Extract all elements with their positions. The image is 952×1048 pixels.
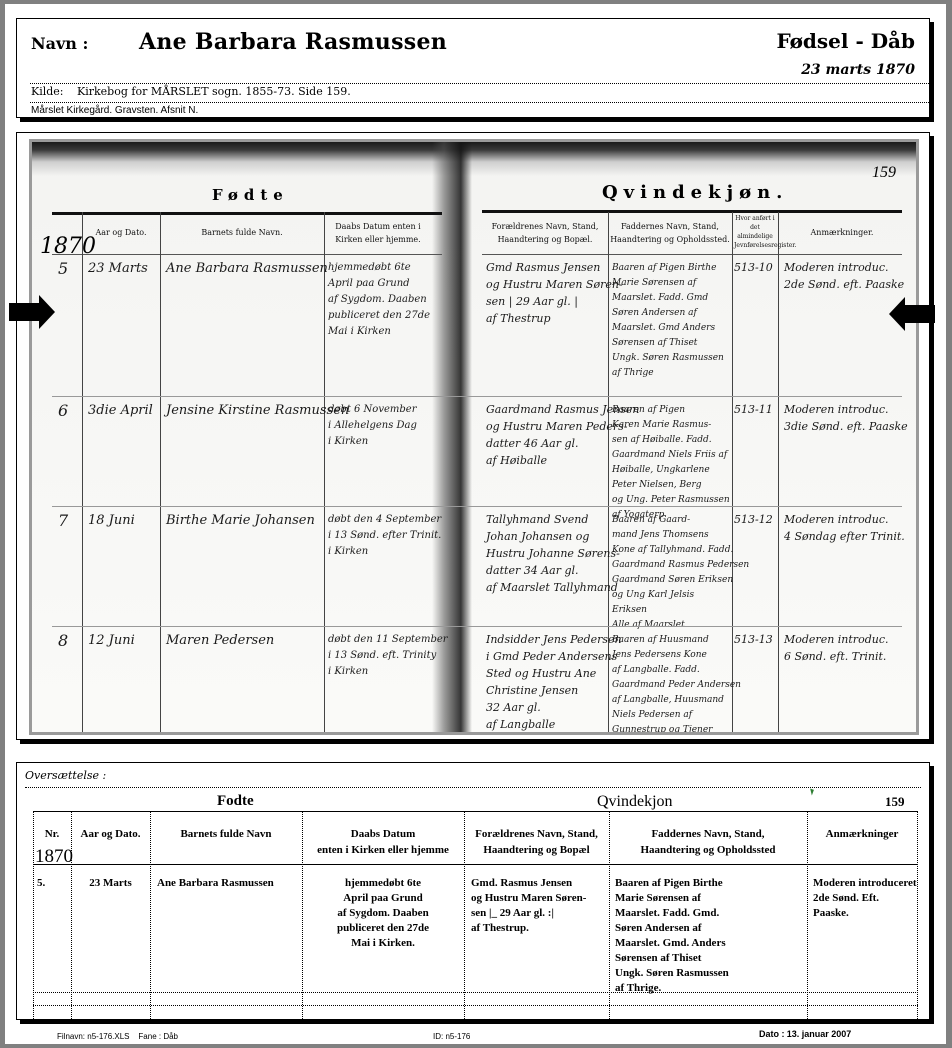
scan-col-header: Hvor anført i det almindelige Jevnførels… — [734, 214, 776, 250]
cell-baptism: hjemmedøbt 6teApril paa Grundaf Sygdom. … — [302, 876, 464, 951]
cell-line: sen |_ 29 Aar gl. :| — [471, 906, 609, 921]
scan-page-number: 159 — [872, 164, 896, 182]
handwritten-text: Moderen introduc. — [784, 402, 888, 418]
scan-col-header: Forældrenes Navn, Stand, Haandtering og … — [484, 220, 606, 246]
handwritten-text: Kone af Tallyhmand. Fadd. — [612, 542, 733, 558]
handwritten-text: 513-10 — [734, 260, 773, 276]
cell-line: af Thrige. — [615, 981, 807, 996]
col-header-parents: Forældrenes Navn, Stand, Haandtering og … — [464, 826, 609, 858]
header-line: Forældrenes Navn, Stand, — [464, 826, 609, 842]
handwritten-text: 2de Sønd. eft. Paaske — [784, 277, 904, 293]
handwritten-text: af Thestrup — [486, 311, 551, 327]
church-book-scan: Fødte Qvindekjøn. 159 1870 Aar og Dato. … — [16, 132, 930, 740]
cell-line: af Sygdom. Daaben — [302, 906, 464, 921]
handwritten-text: Høiballe, Ungkarlene — [612, 462, 710, 478]
cell-line: Moderen introduceret — [813, 876, 917, 891]
handwritten-text: Søren Andersen af — [612, 305, 697, 321]
handwritten-text: 3die April — [88, 402, 153, 420]
handwritten-text: i Kirken — [328, 544, 368, 560]
col-header-date: Aar og Dato. — [71, 826, 150, 842]
arrow-right-icon — [9, 295, 55, 329]
handwritten-text: Marie Sørensen af — [612, 275, 696, 291]
handwritten-text: Christine Jensen — [486, 683, 578, 699]
id-value: n5-176 — [445, 1032, 470, 1041]
handwritten-text: Maarslet. Fadd. Gmd — [612, 290, 708, 306]
cell-line: af Thestrup. — [471, 921, 609, 936]
col-header-baptism: Daabs Datum enten i Kirken eller hjemme — [302, 826, 464, 858]
handwritten-text: 7 — [58, 512, 68, 530]
sheet-value: Dåb — [163, 1032, 178, 1041]
handwritten-text: 6 — [58, 402, 68, 420]
cell-line: Søren Andersen af — [615, 921, 807, 936]
col-header-nr: Nr. — [35, 826, 69, 842]
section-right-title: Qvindekjon — [597, 793, 673, 811]
col-header-name: Barnets fulde Navn — [150, 826, 302, 842]
header-line: enten i Kirken eller hjemme — [302, 842, 464, 858]
cell-line: Sørensen af Thiset — [615, 951, 807, 966]
handwritten-text: af Maarslet Tallyhmand — [486, 580, 618, 596]
handwritten-text: sen af Høiballe. Fadd. — [612, 432, 712, 448]
handwritten-text: Maren Pedersen — [166, 632, 274, 650]
cell-date: 23 Marts — [71, 876, 150, 891]
handwritten-text: Mai i Kirken — [328, 324, 391, 340]
source-value: Kirkebog for MÅRSLET sogn. 1855-73. Side… — [77, 85, 351, 98]
handwritten-text: 18 Juni — [88, 512, 135, 530]
filename-value: n5-176.XLS — [87, 1032, 129, 1041]
year-label: 1870 — [35, 846, 73, 868]
cell-line: Marie Sørensen af — [615, 891, 807, 906]
handwritten-text: mand Jens Thomsens — [612, 527, 709, 543]
footer-id: ID: n5-176 — [433, 1032, 470, 1041]
handwritten-text: Jens Pedersens Kone — [612, 647, 707, 663]
handwritten-text: Baaren af Gaard- — [612, 512, 690, 528]
person-name: Ane Barbara Rasmussen — [139, 29, 447, 55]
handwritten-text: Baaren af Pigen — [612, 402, 685, 418]
handwritten-text: Baaren af Huusmand — [612, 632, 709, 648]
date-value: 13. januar 2007 — [787, 1029, 852, 1039]
col-header-godparents: Faddernes Navn, Stand, Haandtering og Op… — [609, 826, 807, 858]
source-label: Kilde: — [31, 85, 64, 98]
cell-line: Ungk. Søren Rasmussen — [615, 966, 807, 981]
handwritten-text: 6 Sønd. eft. Trinit. — [784, 649, 886, 665]
handwritten-text: Gaardmand Peder Andersen — [612, 677, 741, 693]
handwritten-text: og Ung Karl Jelsis — [612, 587, 694, 603]
footer-date: Dato : 13. januar 2007 — [759, 1029, 851, 1039]
handwritten-text: 4 Søndag efter Trinit. — [784, 529, 905, 545]
cell-parents: Gmd. Rasmus Jensenog Hustru Maren Søren-… — [471, 876, 609, 936]
handwritten-text: 32 Aar gl. — [486, 700, 541, 716]
handwritten-text: i Allehelgens Dag — [328, 418, 417, 434]
handwritten-text: Birthe Marie Johansen — [166, 512, 315, 530]
cell-name: Ane Barbara Rasmussen — [157, 876, 302, 891]
cell-remarks: Moderen introduceret2de Sønd. Eft. Paask… — [813, 876, 917, 921]
cell-line: April paa Grund — [302, 891, 464, 906]
handwritten-text: Karen Marie Rasmus- — [612, 417, 711, 433]
handwritten-text: i Kirken — [328, 664, 368, 680]
handwritten-text: i Kirken — [328, 434, 368, 450]
document-page: Navn : Ane Barbara Rasmussen Fødsel - Då… — [5, 4, 946, 1044]
handwritten-text: Moderen introduc. — [784, 632, 888, 648]
handwritten-text: Gaardmand Søren Eriksen — [612, 572, 733, 588]
handwritten-text: Moderen introduc. — [784, 512, 888, 528]
handwritten-text: datter 34 Aar gl. — [486, 563, 579, 579]
handwritten-text: datter 46 Aar gl. — [486, 436, 579, 452]
sheet-label: Fane : — [138, 1032, 161, 1041]
handwritten-text: Gunnestrup og Tjener — [612, 722, 712, 735]
handwritten-text: Hustru Johanne Sørens- — [486, 546, 620, 562]
record-type: Fødsel - Dåb — [776, 29, 915, 53]
cell-comment-marker — [808, 788, 814, 795]
scan-image: Fødte Qvindekjøn. 159 1870 Aar og Dato. … — [29, 139, 919, 735]
handwritten-text: Tallyhmand Svend — [486, 512, 588, 528]
translation-panel: Oversættelse : Fodte Qvindekjon 159 Nr. … — [16, 762, 930, 1020]
handwritten-text: Gaardmand Niels Friis af — [612, 447, 727, 463]
header-line: Haandtering og Opholdssted — [609, 842, 807, 858]
header-line: Haandtering og Bopæl — [464, 842, 609, 858]
cell-line: Mai i Kirken. — [302, 936, 464, 951]
handwritten-text: Ungk. Søren Rasmussen — [612, 350, 724, 366]
handwritten-text: i Gmd Peder Andersens — [486, 649, 617, 665]
handwritten-text: Eriksen — [612, 602, 647, 618]
handwritten-text: Sted og Hustru Ane — [486, 666, 596, 682]
handwritten-text: 513-12 — [734, 512, 773, 528]
source-line: Kilde: Kirkebog for MÅRSLET sogn. 1855-7… — [31, 85, 351, 98]
header-line: Faddernes Navn, Stand, — [609, 826, 807, 842]
handwritten-text: Ane Barbara Rasmussen — [166, 260, 328, 278]
handwritten-text: April paa Grund — [328, 276, 410, 292]
handwritten-text: 513-13 — [734, 632, 773, 648]
handwritten-text: i 13 Sønd. eft. Trinity — [328, 648, 436, 664]
handwritten-text: hjemmedøbt 6te — [328, 260, 411, 276]
translation-page-number: 159 — [885, 794, 905, 810]
handwritten-text: af Sygdom. Daaben — [328, 292, 427, 308]
translation-table: Nr. 1870 Aar og Dato. Barnets fulde Navn… — [33, 811, 918, 1021]
handwritten-text: Sørensen af Thiset — [612, 335, 697, 351]
handwritten-text: og Hustru Maren Peders- — [486, 419, 628, 435]
cell-nr: 5. — [37, 876, 71, 891]
cell-line: hjemmedøbt 6te — [302, 876, 464, 891]
scan-col-header: Faddernes Navn, Stand, Haandtering og Op… — [610, 220, 730, 246]
handwritten-text: Alle af Maarslet — [612, 617, 685, 633]
handwritten-text: 513-11 — [734, 402, 773, 418]
handwritten-text: Gaardmand Rasmus Pedersen — [612, 557, 749, 573]
cell-line: Baaren af Pigen Birthe — [615, 876, 807, 891]
handwritten-text: af Langballe — [486, 717, 555, 733]
divider — [30, 102, 929, 103]
handwritten-text: døbt den 11 September — [328, 632, 448, 648]
handwritten-text: i 13 Sønd. efter Trinit. — [328, 528, 441, 544]
handwritten-text: Maarslet. Gmd Anders — [612, 320, 715, 336]
cell-godparents: Baaren af Pigen BirtheMarie Sørensen afM… — [615, 876, 807, 996]
handwritten-text: af Langballe, Huusmand — [612, 692, 724, 708]
handwritten-text: og Hustru Maren Søren- — [486, 277, 623, 293]
id-label: ID: — [433, 1032, 443, 1041]
handwritten-text: Baaren af Pigen Birthe — [612, 260, 716, 276]
scan-right-title: Qvindekjøn. — [602, 182, 788, 203]
handwritten-text: Indsidder Jens Pedersen — [486, 632, 622, 648]
grave-location: Mårslet Kirkegård. Gravsten. Afsnit N. — [31, 105, 198, 116]
handwritten-text: døbt 6 November — [328, 402, 416, 418]
translation-label: Oversættelse : — [25, 769, 106, 782]
arrow-left-icon — [889, 297, 935, 331]
handwritten-text: 12 Juni — [88, 632, 135, 650]
footer-filename: Filnavn: n5-176.XLS Fane : Dåb — [57, 1032, 178, 1041]
handwritten-text: døbt den 4 September — [328, 512, 441, 528]
name-label: Navn : — [31, 34, 88, 53]
divider — [30, 83, 929, 84]
filename-label: Filnavn: — [57, 1032, 85, 1041]
scan-left-title: Fødte — [212, 186, 289, 204]
handwritten-text: sen | 29 Aar gl. | — [486, 294, 578, 310]
date-label: Dato : — [759, 1029, 785, 1039]
record-date: 23 marts 1870 — [801, 62, 915, 78]
handwritten-text: Gmd Rasmus Jensen — [486, 260, 600, 276]
handwritten-text: 3die Sønd. eft. Paaske — [784, 419, 908, 435]
scan-col-header: Anmærkninger. — [782, 226, 902, 239]
handwritten-text: af Høiballe — [486, 453, 547, 469]
handwritten-text: publiceret den 27de — [328, 308, 430, 324]
handwritten-text: af Thrige — [612, 365, 654, 381]
handwritten-text: Peter Nielsen, Berg — [612, 477, 702, 493]
col-header-remarks: Anmærkninger — [807, 826, 917, 842]
record-header: Navn : Ane Barbara Rasmussen Fødsel - Då… — [16, 18, 930, 118]
header-line: Daabs Datum — [302, 826, 464, 842]
cell-line: Maarslet. Gmd. Anders — [615, 936, 807, 951]
handwritten-text: 8 — [58, 632, 68, 650]
cell-line: 2de Sønd. Eft. Paaske. — [813, 891, 917, 921]
handwritten-text: Moderen introduc. — [784, 260, 888, 276]
scan-col-header: Barnets fulde Navn. — [162, 226, 322, 239]
handwritten-text: Jensine Kirstine Rasmussen — [166, 402, 349, 420]
scan-col-header: Aar og Dato. — [84, 226, 158, 239]
section-left-title: Fodte — [217, 793, 254, 810]
handwritten-text: 5 — [58, 260, 68, 278]
handwritten-text: Johan Johansen og — [486, 529, 589, 545]
handwritten-text: Niels Pedersen af — [612, 707, 692, 723]
scan-col-header: Daabs Datum enten i Kirken eller hjemme. — [328, 220, 428, 246]
handwritten-text: af Langballe. Fadd. — [612, 662, 700, 678]
handwritten-text: 23 Marts — [88, 260, 148, 278]
cell-line: Maarslet. Fadd. Gmd. — [615, 906, 807, 921]
cell-line: publiceret den 27de — [302, 921, 464, 936]
cell-line: og Hustru Maren Søren- — [471, 891, 609, 906]
cell-line: Gmd. Rasmus Jensen — [471, 876, 609, 891]
